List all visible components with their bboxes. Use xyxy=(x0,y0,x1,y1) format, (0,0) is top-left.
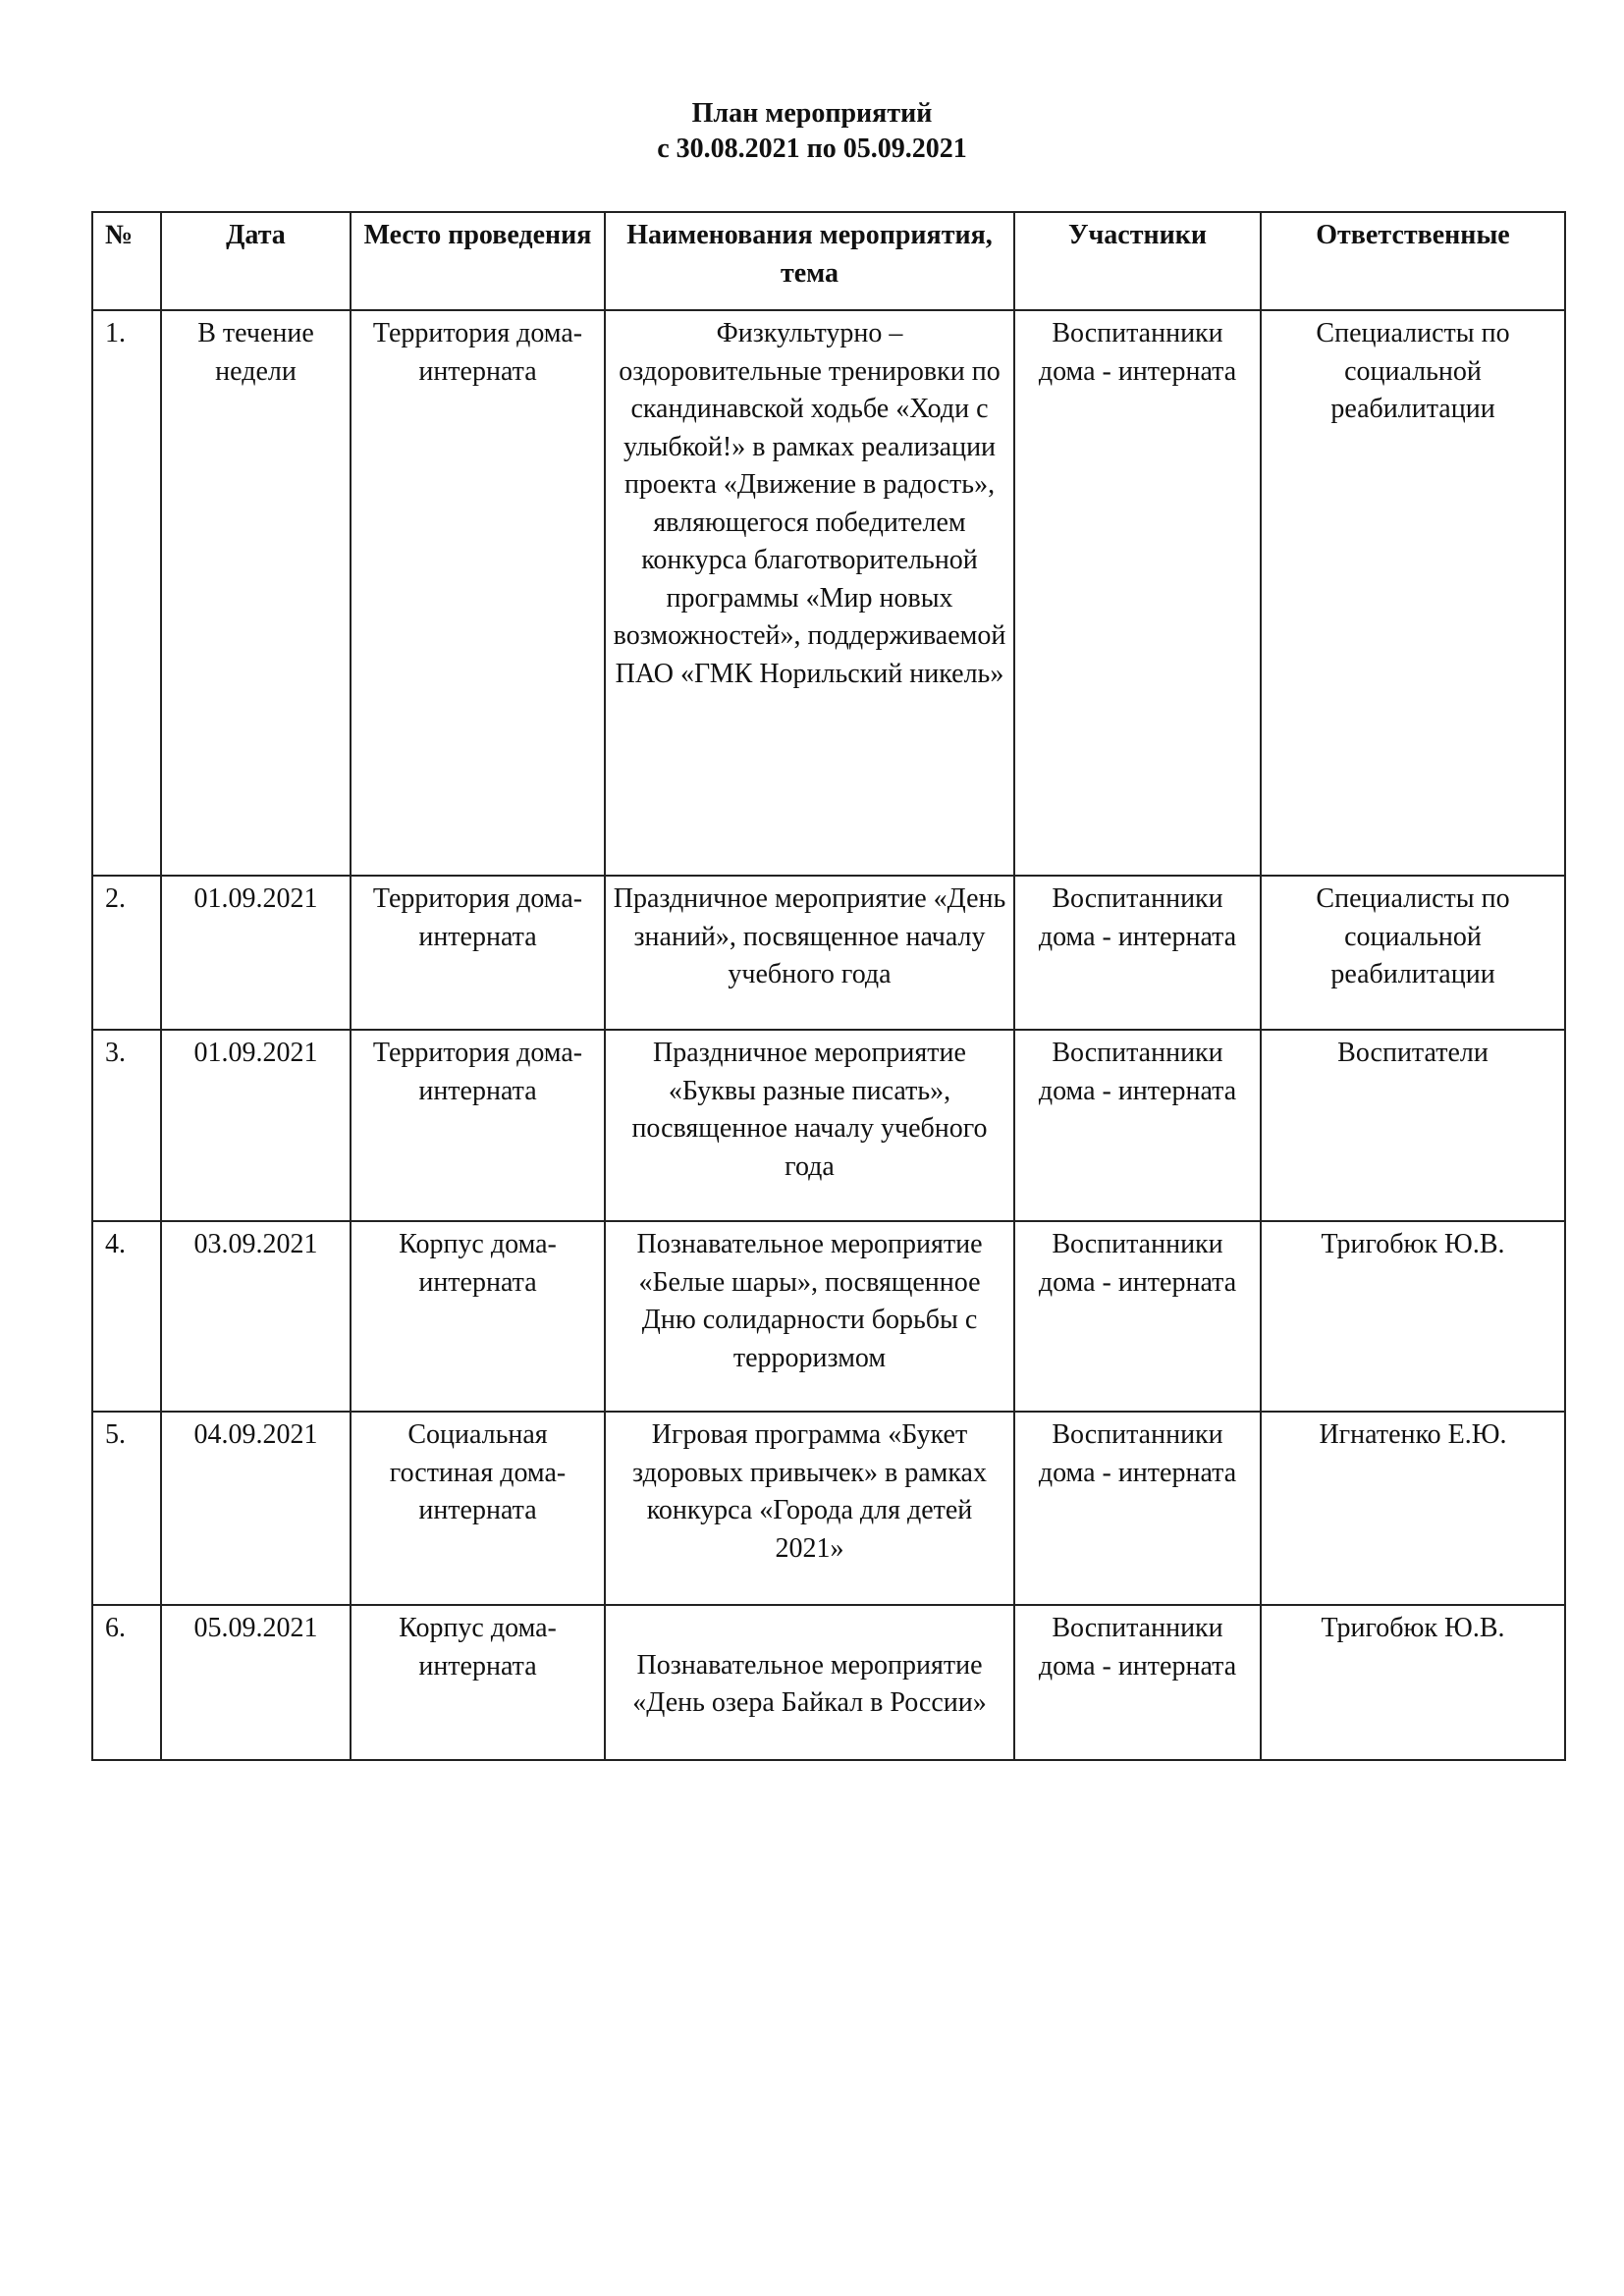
cell-responsible: Игнатенко Е.Ю. xyxy=(1261,1412,1565,1605)
cell-place: Корпус дома-интерната xyxy=(351,1605,605,1760)
cell-date: 03.09.2021 xyxy=(161,1221,351,1412)
header-place: Место проведения xyxy=(351,212,605,310)
header-event-name: Наименования мероприятия, тема xyxy=(605,212,1014,310)
cell-participants: Воспитанники дома - интерната xyxy=(1014,1412,1261,1605)
header-participants: Участники xyxy=(1014,212,1261,310)
cell-responsible: Специалисты по социальной реабилитации xyxy=(1261,310,1565,876)
cell-participants: Воспитанники дома - интерната xyxy=(1014,876,1261,1030)
header-date: Дата xyxy=(161,212,351,310)
cell-participants: Воспитанники дома - интерната xyxy=(1014,310,1261,876)
cell-place: Социальная гостиная дома-интерната xyxy=(351,1412,605,1605)
cell-number: 5. xyxy=(92,1412,161,1605)
cell-date: 04.09.2021 xyxy=(161,1412,351,1605)
cell-number: 6. xyxy=(92,1605,161,1760)
table-row: 5. 04.09.2021 Социальная гостиная дома-и… xyxy=(92,1412,1565,1605)
cell-number: 1. xyxy=(92,310,161,876)
header-responsible: Ответственные xyxy=(1261,212,1565,310)
table-row: 2. 01.09.2021 Территория дома-интерната … xyxy=(92,876,1565,1030)
cell-number: 4. xyxy=(92,1221,161,1412)
events-plan-table: № Дата Место проведения Наименования мер… xyxy=(91,211,1566,1761)
cell-event-name: Физкультурно – оздоровительные тренировк… xyxy=(605,310,1014,876)
cell-responsible: Специалисты по социальной реабилитации xyxy=(1261,876,1565,1030)
cell-event-name: Праздничное мероприятие «Буквы разные пи… xyxy=(605,1030,1014,1221)
cell-date: В течение недели xyxy=(161,310,351,876)
cell-place: Территория дома-интерната xyxy=(351,1030,605,1221)
cell-place: Территория дома-интерната xyxy=(351,310,605,876)
cell-date: 01.09.2021 xyxy=(161,876,351,1030)
cell-participants: Воспитанники дома - интерната xyxy=(1014,1030,1261,1221)
table-row: 1. В течение недели Территория дома-инте… xyxy=(92,310,1565,876)
table-row: 4. 03.09.2021 Корпус дома-интерната Позн… xyxy=(92,1221,1565,1412)
cell-date: 01.09.2021 xyxy=(161,1030,351,1221)
cell-place: Корпус дома-интерната xyxy=(351,1221,605,1412)
document-title: План мероприятий с 30.08.2021 по 05.09.2… xyxy=(0,96,1624,167)
cell-participants: Воспитанники дома - интерната xyxy=(1014,1221,1261,1412)
cell-event-name: Познавательное мероприятие «Белые шары»,… xyxy=(605,1221,1014,1412)
table-row: 3. 01.09.2021 Территория дома-интерната … xyxy=(92,1030,1565,1221)
header-number: № xyxy=(92,212,161,310)
cell-responsible: Воспитатели xyxy=(1261,1030,1565,1221)
cell-event-name: Познавательное мероприятие «День озера Б… xyxy=(605,1605,1014,1760)
cell-number: 2. xyxy=(92,876,161,1030)
cell-date: 05.09.2021 xyxy=(161,1605,351,1760)
cell-responsible: Тригобюк Ю.В. xyxy=(1261,1221,1565,1412)
cell-place: Территория дома-интерната xyxy=(351,876,605,1030)
cell-participants: Воспитанники дома - интерната xyxy=(1014,1605,1261,1760)
cell-responsible: Тригобюк Ю.В. xyxy=(1261,1605,1565,1760)
cell-event-name: Праздничное мероприятие «День знаний», п… xyxy=(605,876,1014,1030)
table-row: 6. 05.09.2021 Корпус дома-интерната Позн… xyxy=(92,1605,1565,1760)
table-header-row: № Дата Место проведения Наименования мер… xyxy=(92,212,1565,310)
title-line-1: План мероприятий xyxy=(0,96,1624,132)
cell-event-name: Игровая программа «Букет здоровых привыч… xyxy=(605,1412,1014,1605)
title-line-2-date-range: с 30.08.2021 по 05.09.2021 xyxy=(0,132,1624,167)
cell-number: 3. xyxy=(92,1030,161,1221)
